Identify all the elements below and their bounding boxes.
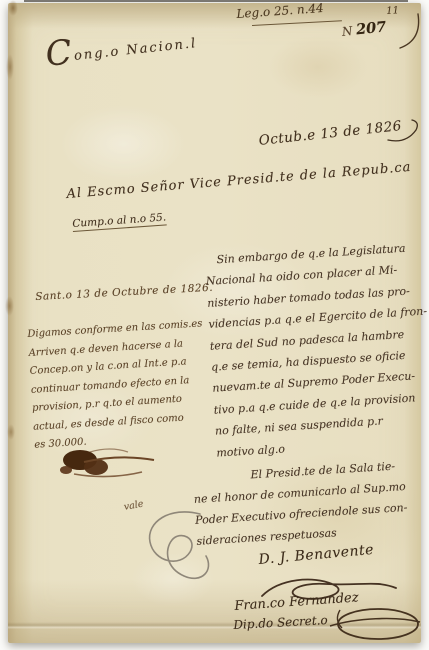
pencil-spiral-flourish	[136, 506, 222, 594]
scanned-letter-page: Leg.o 25. n.44 11 N 207 C ong.o Nacion.l…	[0, 0, 429, 650]
scan-top-edge	[24, 0, 408, 2]
congress-heading-initial: C	[44, 35, 73, 72]
letter-closing: El Presid.te de la Sala tie- ne el honor…	[192, 454, 429, 552]
number-flourish	[396, 10, 424, 50]
letter-body: Sin embargo de q.e la Legislatura Nacion…	[204, 236, 429, 463]
archive-number-value: 207	[355, 18, 387, 38]
secretary-signature-rubric	[326, 598, 424, 646]
torn-edge-spot	[8, 0, 18, 16]
ink-blot	[50, 444, 162, 490]
date-flourish	[386, 114, 422, 146]
torn-edge-spot	[5, 296, 14, 316]
torn-edge-spot	[6, 54, 14, 80]
torn-edge-spot	[7, 424, 15, 440]
margin-note: Digamos conforme en las comis.es Arriven…	[27, 315, 207, 455]
archive-number-letter: N	[341, 24, 353, 39]
